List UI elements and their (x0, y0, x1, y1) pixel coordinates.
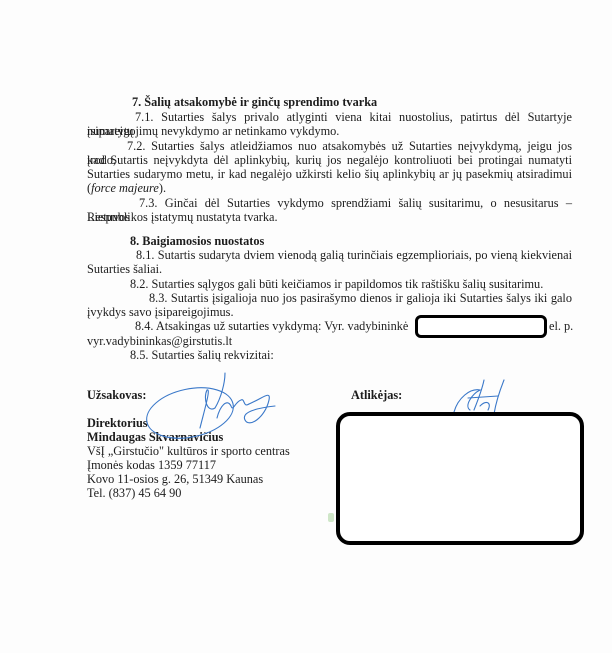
section-8-heading: 8. Baigiamosios nuostatos (130, 234, 264, 248)
paragraph-8-5: 8.5. Sutarties šalių rekvizitai: (130, 348, 274, 362)
paragraph-8-4-email-label: el. p. (549, 319, 573, 333)
paragraph-7-2-line-3: Sutarties sudarymo metu, ir kad negalėjo… (87, 167, 572, 181)
paragraph-8-2: 8.2. Sutarties sąlygos gali būti keičiam… (130, 277, 543, 291)
customer-name: Mindaugas Skvarnavičius (87, 430, 347, 444)
paragraph-7-3-line-2: Respublikos įstatymų nustatyta tvarka. (87, 210, 572, 224)
customer-label: Užsakovas: (87, 388, 347, 402)
contact-email: vyr.vadybininkas@girstutis.lt (87, 334, 572, 348)
paragraph-8-3-line-1: 8.3. Sutartis įsigalioja nuo jos pasiraš… (87, 291, 572, 305)
paragraph-8-1-line-1: 8.1. Sutartis sudaryta dviem vienodą gal… (87, 248, 572, 262)
customer-address: Kovo 11-osios g. 26, 51349 Kaunas (87, 472, 347, 486)
customer-phone: Tel. (837) 45 64 90 (87, 486, 347, 500)
paragraph-8-1-line-2: Sutarties šaliai. (87, 262, 572, 276)
customer-title: Direktorius (87, 416, 347, 430)
paragraph-7-2-line-4: (force majeure). (87, 181, 572, 195)
paragraph-7-2-line-2: kad Sutartis neįvykdyta dėl aplinkybių, … (87, 153, 572, 167)
contractor-label: Atlikėjas: (351, 388, 402, 402)
paragraph-7-1-line-2: įsipareigojimų nevykdymo ar netinkamo vy… (87, 124, 572, 138)
section-7-heading: 7. Šalių atsakomybė ir ginčų sprendimo t… (132, 95, 377, 109)
contractor-signature (450, 376, 530, 416)
force-majeure-term: force majeure (91, 181, 159, 195)
paragraph-8-4-line-1: 8.4. Atsakingas už sutarties vykdymą: Vy… (135, 319, 408, 333)
stamp-fragment (328, 513, 334, 522)
customer-company-code: Įmonės kodas 1359 77117 (87, 458, 347, 472)
redacted-contractor-requisites (336, 412, 584, 545)
customer-org: VšĮ „Girstučio" kultūros ir sporto centr… (87, 444, 347, 458)
